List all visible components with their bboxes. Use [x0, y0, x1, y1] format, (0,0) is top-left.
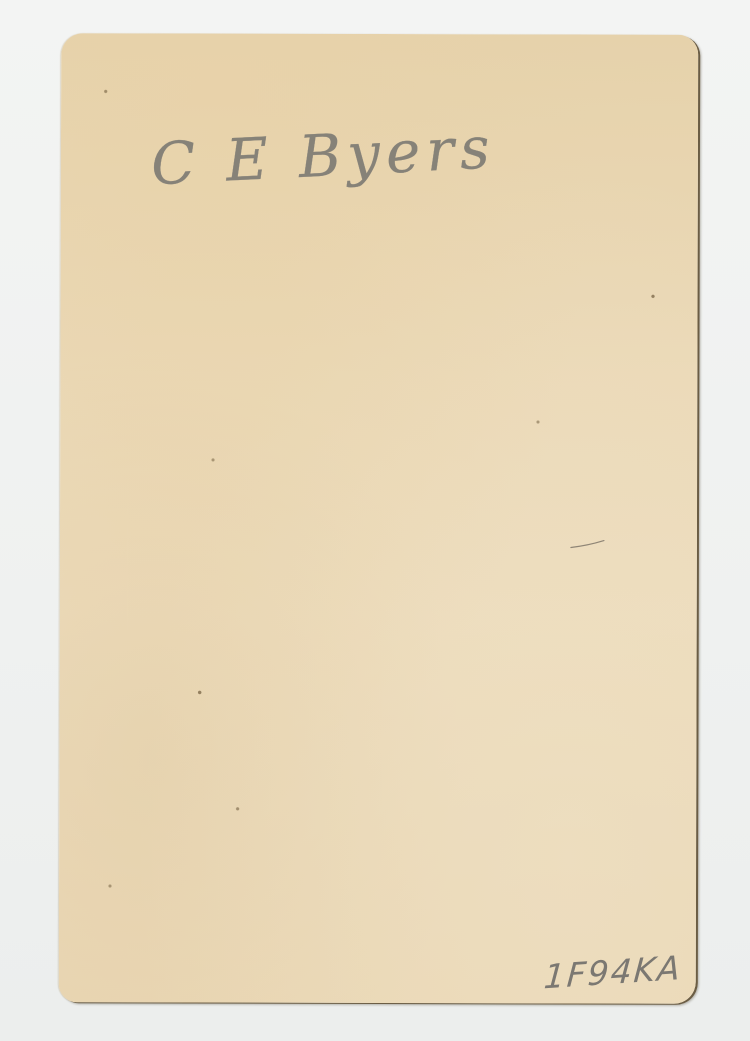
handwritten-name: C E Byers — [149, 113, 497, 198]
catalog-number: 1F94KA — [542, 948, 683, 997]
pencil-mark — [570, 540, 606, 550]
cabinet-card-back: C E Byers 1F94KA — [59, 33, 699, 1004]
